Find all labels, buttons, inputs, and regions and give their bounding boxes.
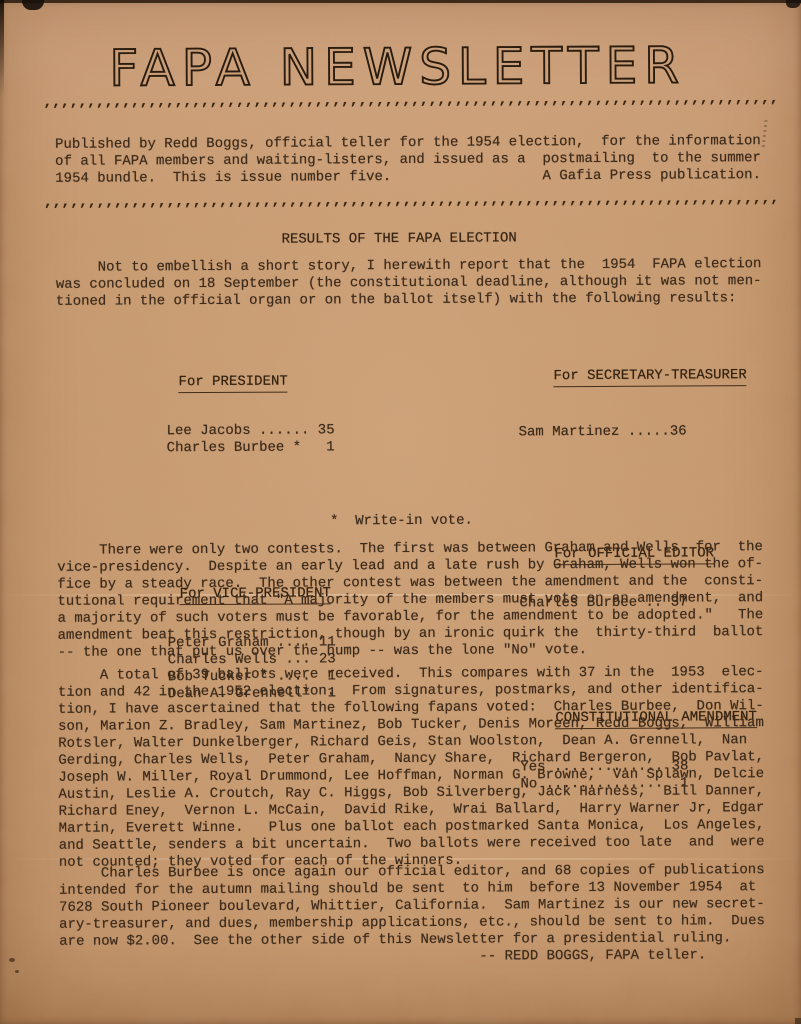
vote-tallies: Lee Jacobs ...... 35 Charles Burbee * 1 — [167, 422, 335, 457]
results-intro: Not to embellish a short story, I herewi… — [56, 256, 762, 311]
paragraph-closing: Charles Burbee is once again our officia… — [59, 862, 765, 968]
divider-row-bottom: ’’’’’’’’’’’’’’’’’’’’’’’’’’’’’’’’’’’’’’’’… — [43, 199, 778, 220]
masthead-text: Published by Redd Boggs, official teller… — [55, 133, 761, 188]
typed-content: FAPA NEWSLETTER ’’’’’’’’’’’’’’’’’’’’’’’’… — [0, 0, 801, 1024]
vote-section-title: For PRESIDENT — [178, 374, 287, 394]
vote-section-secretary-treasurer: For SECRETARY-TREASURER Sam Martinez ...… — [486, 350, 756, 475]
scanned-newsletter-page: FAPA NEWSLETTER ’’’’’’’’’’’’’’’’’’’’’’’’… — [0, 0, 801, 1024]
newsletter-title-text: FAPA NEWSLETTER — [109, 36, 686, 97]
divider-row-top: ’’’’’’’’’’’’’’’’’’’’’’’’’’’’’’’’’’’’’’’’… — [43, 99, 778, 120]
vote-section-title: For SECRETARY-TREASURER — [553, 367, 746, 387]
write-in-footnote: * Write-in vote. — [330, 513, 473, 531]
vote-tallies: Sam Martinez .....36 — [519, 423, 756, 441]
paragraph-contests: There were only two contests. The first … — [57, 539, 763, 662]
newsletter-title: FAPA NEWSLETTER — [75, 30, 720, 101]
results-heading: RESULTS OF THE FAPA ELECTION — [282, 230, 517, 248]
paragraph-ballots: A total of 39 ballots were received. Thi… — [58, 664, 765, 872]
vote-section-president: For PRESIDENT Lee Jacobs ...... 35 Charl… — [111, 356, 335, 491]
